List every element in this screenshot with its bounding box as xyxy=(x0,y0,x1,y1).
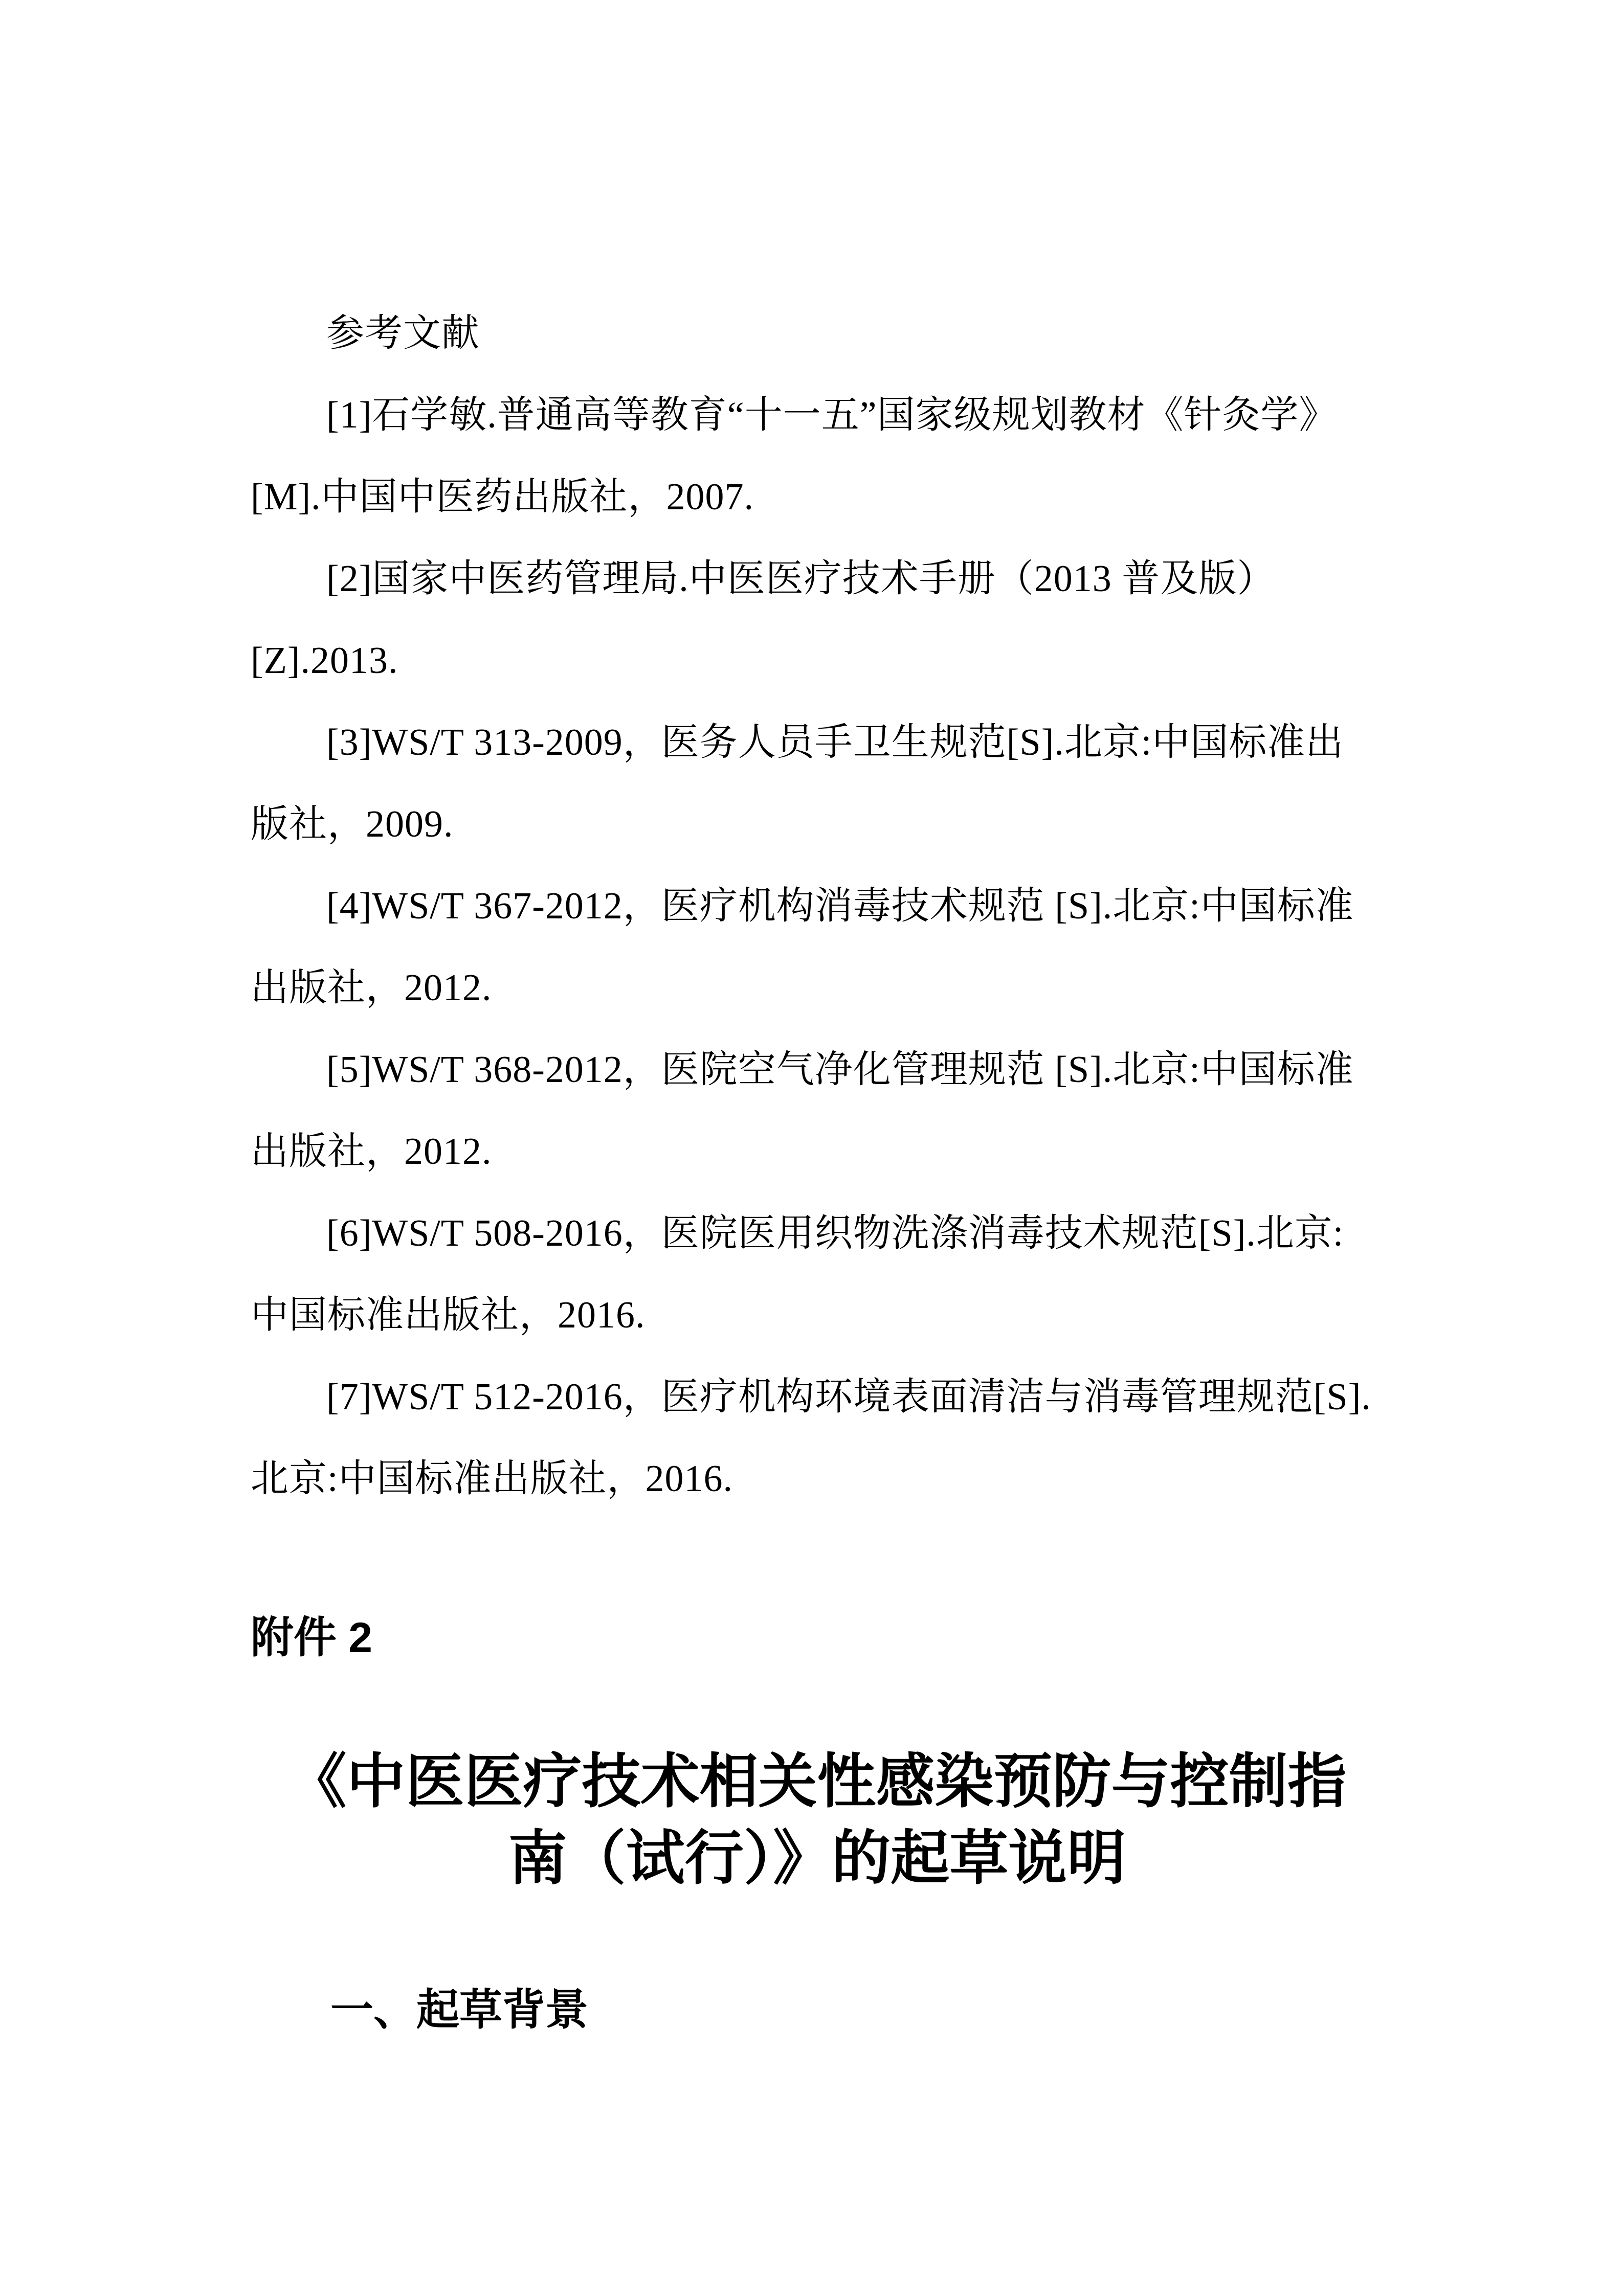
reference-line: [4]WS/T 367-2012，医疗机构消毒技术规范 [S].北京:中国标准 xyxy=(251,865,1384,947)
section-heading: 一、起草背景 xyxy=(251,1969,1384,2051)
reference-line: [7]WS/T 512-2016，医疗机构环境表面清洁与消毒管理规范[S]. xyxy=(251,1356,1384,1438)
document-content: 参考文献 [1]石学敏.普通高等教育“十一五”国家级规划教材《针灸学》[M].中… xyxy=(251,292,1384,2051)
reference-line: [1]石学敏.普通高等教育“十一五”国家级规划教材《针灸学》 xyxy=(251,374,1384,456)
document-title-line-2: 南（试行）》的起草说明 xyxy=(251,1820,1384,1897)
attachment-label: 附件 2 xyxy=(251,1596,1384,1678)
reference-line: [2]国家中医药管理局.中医医疗技术手册（2013 普及版） xyxy=(251,538,1384,620)
reference-line: [M].中国中医药出版社，2007. xyxy=(251,456,1384,538)
references-heading: 参考文献 xyxy=(251,292,1384,374)
reference-line: [6]WS/T 508-2016，医院医用织物洗涤消毒技术规范[S].北京: xyxy=(251,1192,1384,1274)
reference-line: 版社，2009. xyxy=(251,783,1384,865)
document-page: 参考文献 [1]石学敏.普通高等教育“十一五”国家级规划教材《针灸学》[M].中… xyxy=(0,0,1624,2296)
reference-line: 北京:中国标准出版社，2016. xyxy=(251,1438,1384,1520)
reference-line: 中国标准出版社，2016. xyxy=(251,1274,1384,1356)
document-title-line-1: 《中医医疗技术相关性感染预防与控制指 xyxy=(251,1744,1384,1820)
reference-line: [Z].2013. xyxy=(251,620,1384,702)
reference-line: 出版社，2012. xyxy=(251,947,1384,1029)
reference-line: 出版社，2012. xyxy=(251,1111,1384,1192)
reference-line: [3]WS/T 313-2009，医务人员手卫生规范[S].北京:中国标准出 xyxy=(251,702,1384,783)
document-title: 《中医医疗技术相关性感染预防与控制指 南（试行）》的起草说明 xyxy=(251,1744,1384,1897)
reference-line: [5]WS/T 368-2012，医院空气净化管理规范 [S].北京:中国标准 xyxy=(251,1029,1384,1111)
references-list: [1]石学敏.普通高等教育“十一五”国家级规划教材《针灸学》[M].中国中医药出… xyxy=(251,374,1384,1520)
